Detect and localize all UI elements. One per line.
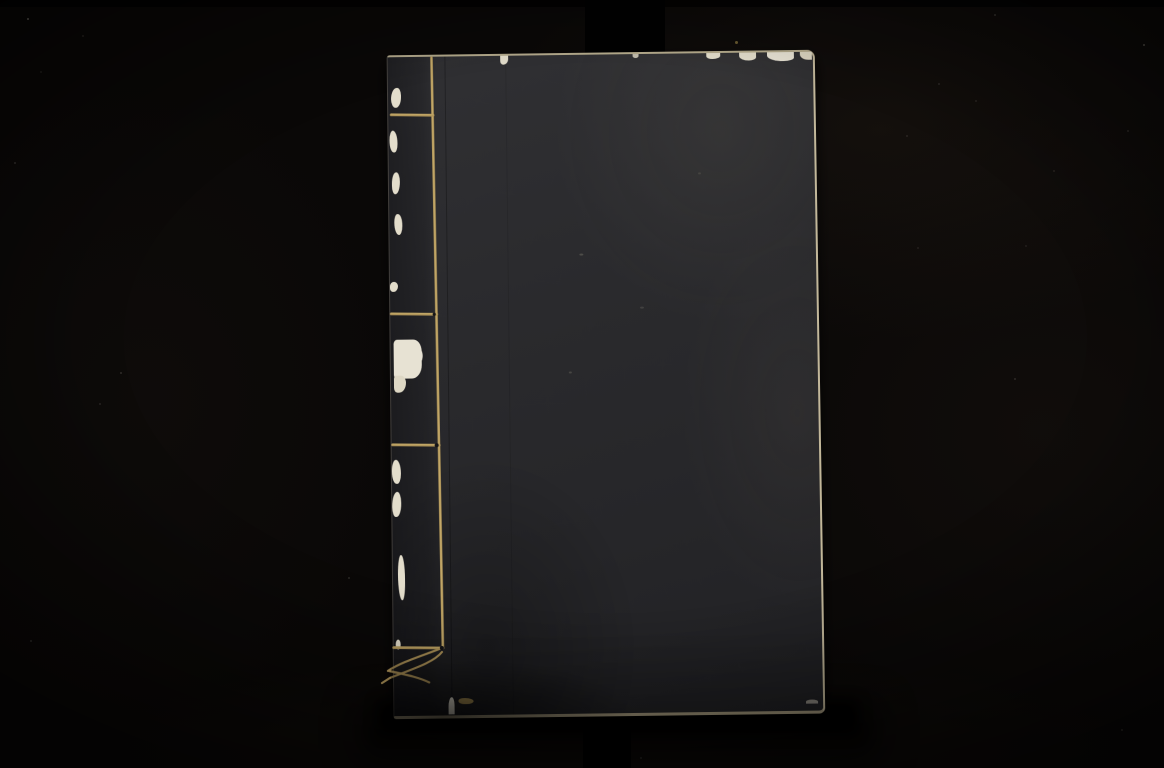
dust-speck: [938, 83, 940, 85]
gold-speck: [735, 41, 738, 44]
dust-speck: [975, 100, 977, 102]
dust-speck: [1053, 170, 1055, 172]
dust-speck: [27, 18, 29, 20]
vertical-thread-highlight: [431, 58, 442, 648]
dust-speck: [14, 162, 16, 164]
dust-speck: [99, 403, 101, 405]
dust-speck: [640, 757, 642, 759]
dust-speck: [994, 14, 996, 16]
dust-speck: [1025, 245, 1027, 247]
dust-speck: [1127, 130, 1129, 132]
binding-thread: [388, 52, 824, 716]
dust-speck: [917, 247, 919, 249]
photograph-canvas: [0, 0, 1164, 768]
loose-thread-end: [382, 652, 443, 683]
dust-speck: [120, 372, 122, 374]
dust-speck: [348, 577, 350, 579]
dust-speck: [1143, 44, 1145, 46]
dust-speck: [1014, 378, 1016, 380]
dust-speck: [906, 135, 908, 137]
dust-speck: [30, 640, 32, 642]
book-cover: [387, 50, 826, 719]
cradle-strap-top: [585, 0, 665, 54]
dust-speck: [1121, 729, 1123, 731]
dust-speck: [82, 35, 84, 37]
dust-speck: [40, 71, 42, 73]
photo-top-dark-band: [0, 0, 1164, 7]
